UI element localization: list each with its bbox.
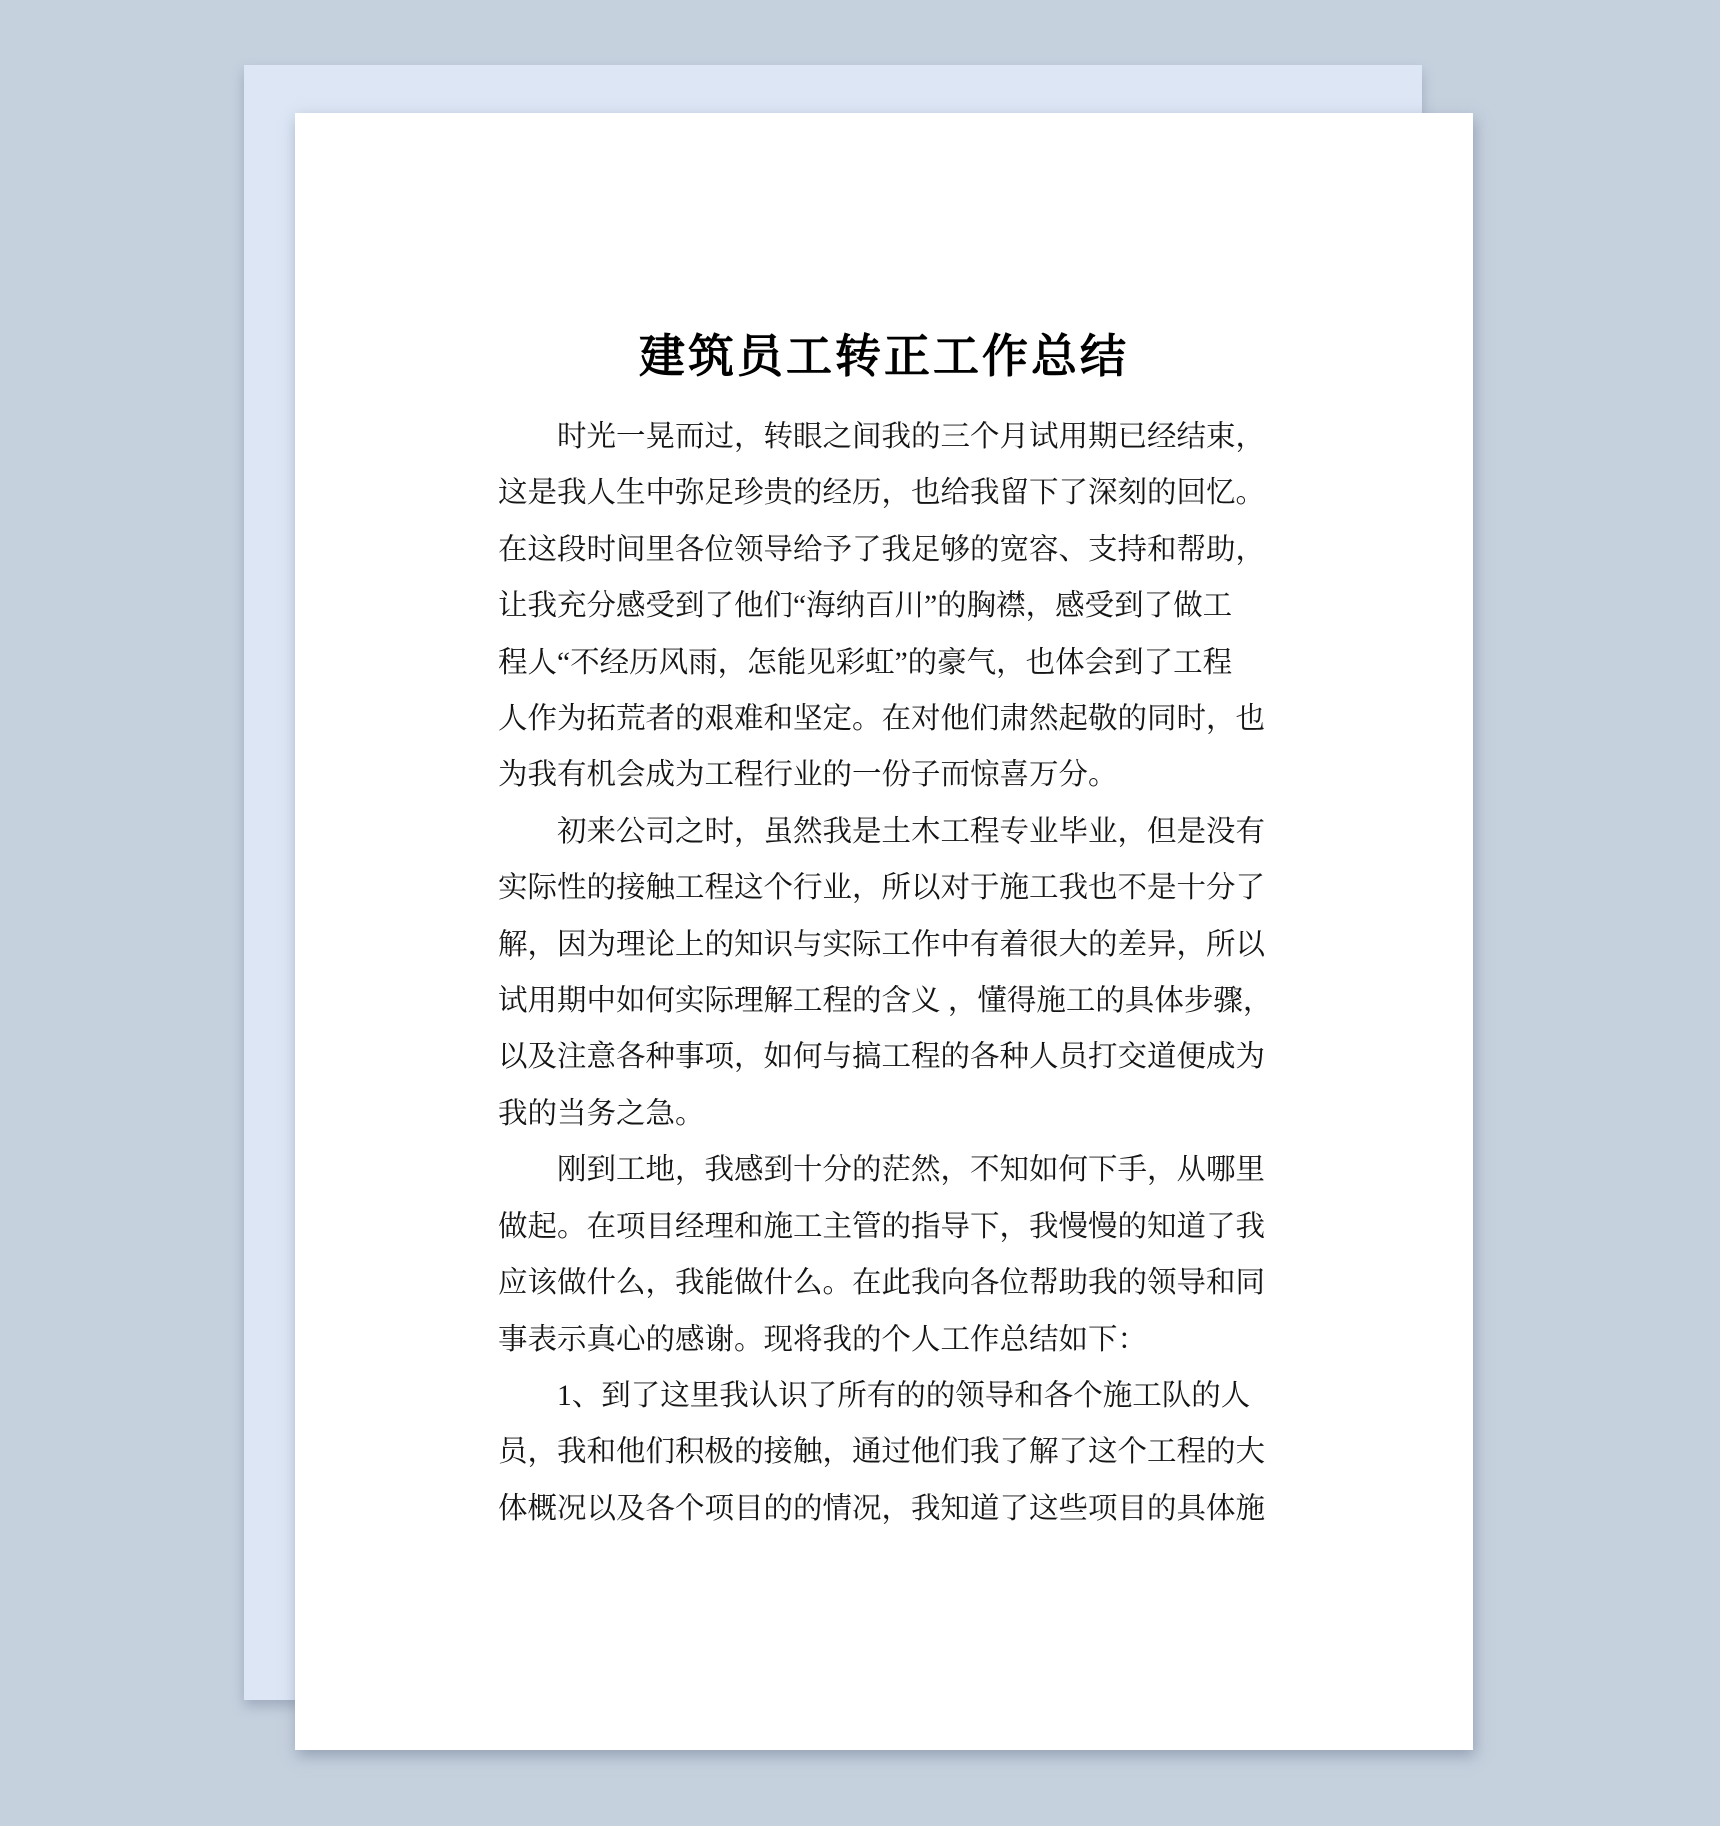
document-page: 建筑员工转正工作总结 时光一晃而过，转眼之间我的三个月试用期已经结束， 这是我人… — [295, 113, 1473, 1750]
paragraph-2: 初来公司之时，虽然我是土木工程专业毕业，但是没有 实际性的接触工程这个行业，所以… — [498, 804, 1270, 1142]
paragraph-3: 刚到工地，我感到十分的茫然，不知如何下手，从哪里 做起。在项目经理和施工主管的指… — [498, 1142, 1270, 1368]
paragraph-4: 1、到了这里我认识了所有的的领导和各个施工队的人 员，我和他们积极的接触，通过他… — [498, 1368, 1270, 1537]
paragraph-1: 时光一晃而过，转眼之间我的三个月试用期已经结束， 这是我人生中弥足珍贵的经历，也… — [498, 409, 1270, 804]
document-title: 建筑员工转正工作总结 — [295, 325, 1473, 389]
document-body: 时光一晃而过，转眼之间我的三个月试用期已经结束， 这是我人生中弥足珍贵的经历，也… — [498, 409, 1270, 1537]
